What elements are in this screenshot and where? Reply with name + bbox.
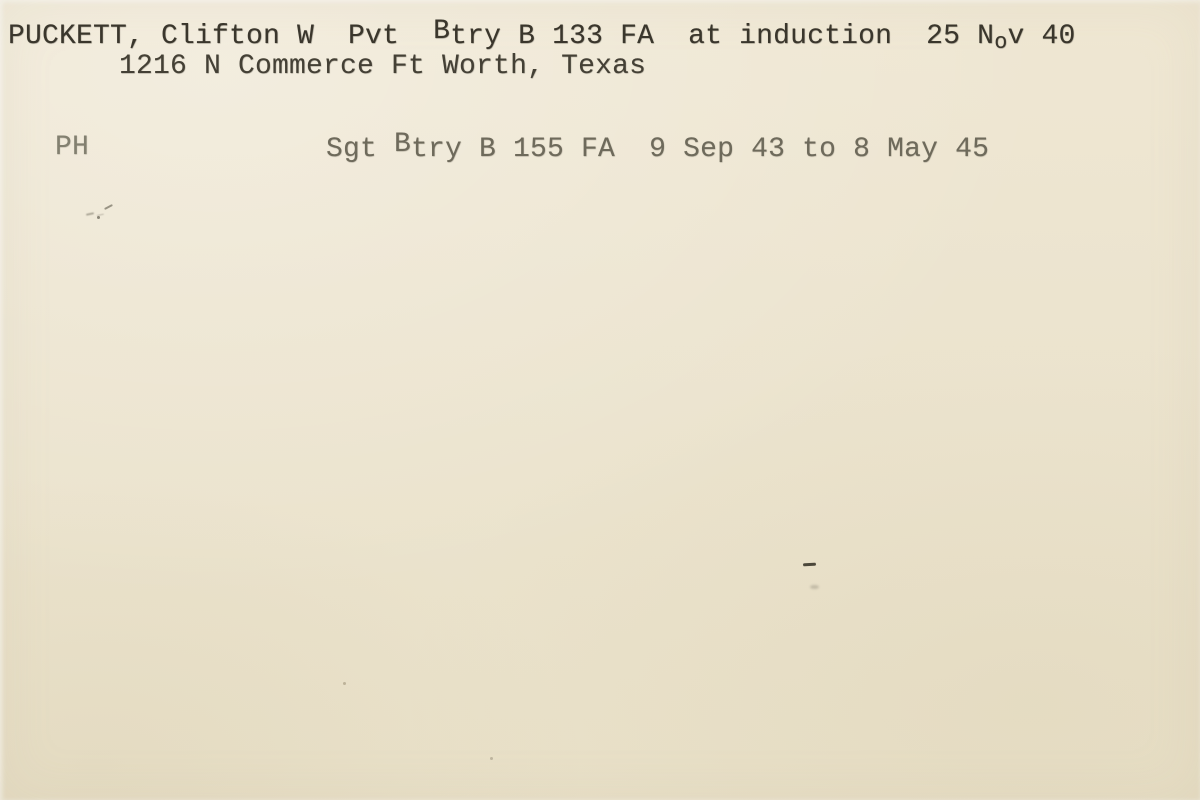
award-abbreviation: PH [55,134,89,162]
induction-date-text: v 40 [1008,21,1076,52]
raised-b-char-2: B [394,129,411,160]
name-rank-text: PUCKETT, Clifton W Pvt [8,21,433,52]
faint-smudge [810,585,819,589]
name-service-line: PUCKETT, Clifton W Pvt Btry B 133 FA at … [8,23,1076,52]
raised-b-char: B [433,16,450,47]
pencil-smudge-tick [104,204,113,210]
pencil-smudge-dot [97,216,100,219]
dash-mark [803,563,816,567]
unit-induction-text: try B 133 FA at induction 25 N [450,21,994,52]
service-dates-text: try B 155 FA 9 Sep 43 to 8 May 45 [411,134,989,165]
service-record-line: Sgt Btry B 155 FA 9 Sep 43 to 8 May 45 [326,136,989,164]
pencil-smudge [86,212,94,216]
rank-text: Sgt [326,134,394,165]
paper-speck [343,682,346,685]
lowered-o-char: o [994,30,1007,55]
paper-speck [490,757,493,760]
address-line: 1216 N Commerce Ft Worth, Texas [119,53,646,81]
index-card: PUCKETT, Clifton W Pvt Btry B 133 FA at … [0,0,1200,800]
